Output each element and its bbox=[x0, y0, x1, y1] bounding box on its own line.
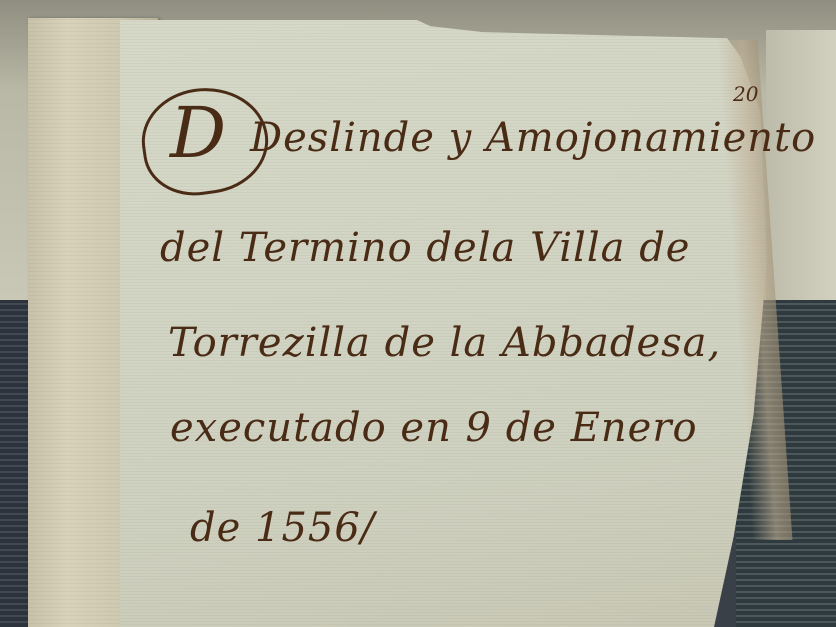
manuscript-line-4: executado en 9 de Enero bbox=[170, 405, 698, 451]
folio-number: 20 bbox=[733, 82, 758, 106]
manuscript-line-5: de 1556/ bbox=[190, 505, 375, 551]
manuscript-line-1: Deslinde y Amojonamiento bbox=[250, 115, 816, 161]
decorated-initial: D bbox=[170, 92, 226, 174]
photo-scene: D 20 Deslinde y Amojonamiento del Termin… bbox=[0, 0, 836, 627]
underlying-document-right bbox=[766, 30, 836, 300]
manuscript-line-2: del Termino dela Villa de bbox=[160, 225, 690, 271]
manuscript-line-3: Torrezilla de la Abbadesa, bbox=[168, 320, 721, 366]
